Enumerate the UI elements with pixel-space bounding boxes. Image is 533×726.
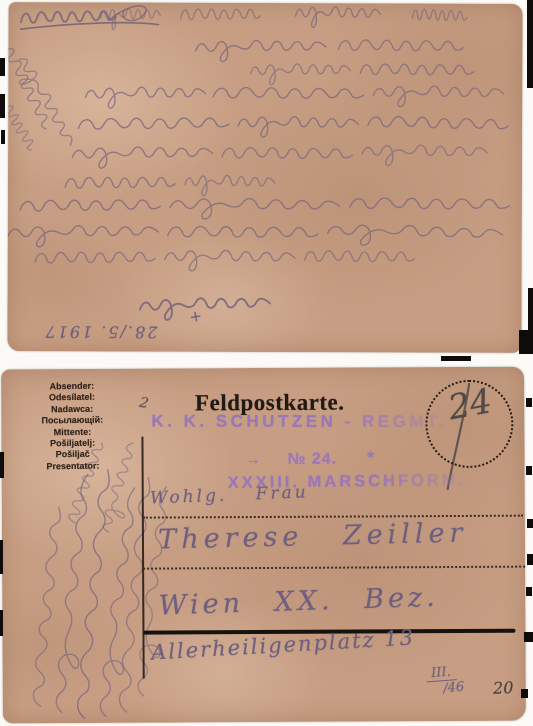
- regiment-stamp-line2: →№ 24.*: [245, 447, 375, 469]
- scan-edge-artifact: [527, 0, 533, 88]
- scan-edge-artifact: [1, 130, 5, 144]
- address-floor-door: III. /46: [426, 662, 465, 698]
- scan-edge-artifact: [519, 330, 533, 354]
- scan-edge-artifact: [441, 356, 471, 361]
- scan-edge-artifact: [0, 452, 4, 478]
- scan-edge-artifact: [526, 398, 532, 407]
- stamp-arrow-icon: →: [246, 451, 262, 468]
- scan-edge-artifact: [0, 610, 3, 636]
- address-door: /46: [443, 680, 465, 697]
- scan-edge-artifact: [527, 554, 533, 565]
- scan-edge-artifact: [526, 587, 532, 596]
- handwriting-scribbles: [7, 2, 522, 353]
- pencil-circle-number: 24: [445, 381, 495, 428]
- postcard-address-side: Absender: Odesílatel: Nadawca: Посылающі…: [1, 367, 526, 724]
- scan-edge-artifact: [526, 466, 532, 475]
- postcard-message-side: 28./5. 1917 +: [7, 2, 522, 353]
- pencil-page-number: 20: [493, 678, 514, 698]
- message-date: 28./5. 1917: [17, 322, 157, 341]
- sender-label: Presentator:: [28, 460, 118, 473]
- scan-edge-artifact: [524, 632, 533, 642]
- stamp-number: № 24.: [288, 451, 338, 468]
- scan-edge-artifact: [0, 58, 5, 76]
- sender-label-block: Absender: Odesílatel: Nadawca: Посылающі…: [27, 380, 118, 472]
- scan-edge-artifact: [527, 519, 533, 528]
- scan-edge-artifact: [0, 94, 5, 118]
- regiment-stamp-line1: K. K. SCHUTZEN - REGMT.: [151, 412, 447, 433]
- stamp-asterisk-icon: *: [367, 447, 375, 467]
- scan-edge-artifact: [521, 689, 528, 698]
- scan-edge-artifact: [0, 540, 3, 574]
